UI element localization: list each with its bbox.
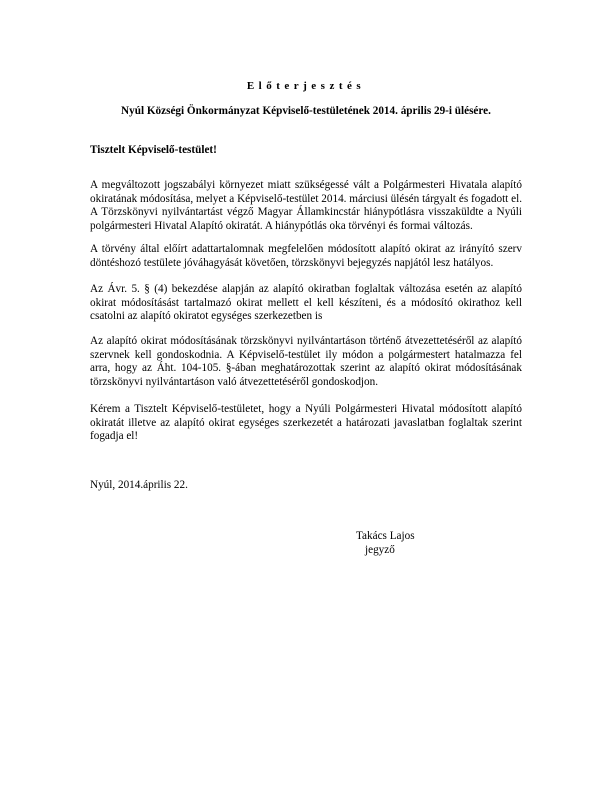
document-title: Előterjesztés bbox=[0, 80, 612, 92]
paragraph: Az Ávr. 5. § (4) bekezdése alapján az al… bbox=[90, 283, 522, 324]
signer-name: Takács Lajos bbox=[356, 530, 415, 542]
paragraph: A megváltozott jogszabályi környezet mia… bbox=[90, 179, 522, 233]
document-subtitle: Nyúl Községi Önkormányzat Képviselő-test… bbox=[0, 105, 612, 117]
paragraph: Kérem a Tisztelt Képviselő-testületet, h… bbox=[90, 403, 522, 444]
signer-title: jegyző bbox=[365, 544, 395, 556]
paragraph: A törvény által előírt adattartalomnak m… bbox=[90, 243, 522, 270]
place-date: Nyúl, 2014.április 22. bbox=[90, 479, 188, 491]
salutation: Tisztelt Képviselő-testület! bbox=[90, 144, 217, 156]
document-page: Előterjesztés Nyúl Községi Önkormányzat … bbox=[0, 0, 612, 792]
paragraph: Az alapító okirat módosításának törzskön… bbox=[90, 335, 522, 389]
